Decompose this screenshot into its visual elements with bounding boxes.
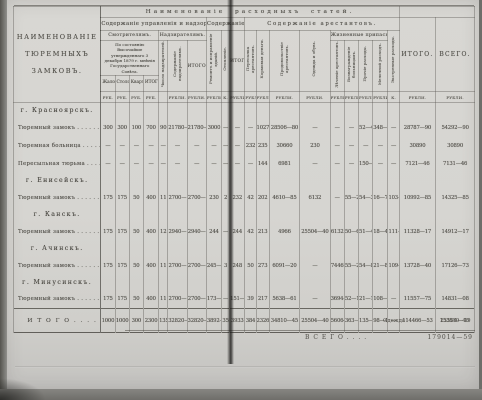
subgroup-medical: Жизненные припасы. bbox=[330, 31, 388, 41]
cell bbox=[269, 241, 299, 257]
cell: 175 bbox=[115, 189, 129, 207]
row-label: г. Канскъ. bbox=[14, 207, 101, 223]
cell bbox=[159, 173, 168, 189]
cell: 2700— bbox=[187, 189, 206, 207]
unit-label: РУБЛИ. bbox=[168, 92, 187, 103]
cell bbox=[373, 275, 388, 291]
cell: 245—33 bbox=[206, 257, 221, 275]
subgroup-wardens: Смотрителямъ. bbox=[101, 31, 159, 41]
cell: 2700— bbox=[168, 257, 187, 275]
unit-label: РУБ. bbox=[115, 92, 129, 103]
expenses-table: НАИМЕНОВАНІЕ ТЮРЕМНЫХЪ ЗАМКОВЪ. Наименов… bbox=[13, 6, 475, 333]
cell: 50 bbox=[129, 257, 143, 275]
cell bbox=[115, 241, 129, 257]
cell bbox=[187, 275, 206, 291]
cell bbox=[101, 103, 115, 119]
cell: 54—30 bbox=[359, 189, 373, 207]
column-hospitals-label: Вознагражденіе больницамъ. bbox=[347, 41, 357, 90]
cell: 11 bbox=[159, 189, 168, 207]
cell: 1027 bbox=[256, 119, 269, 137]
unit-label: РУБ. bbox=[129, 92, 143, 103]
cell: 400 bbox=[143, 189, 158, 207]
cell bbox=[300, 207, 330, 223]
city-row: г. Канскъ. bbox=[14, 207, 475, 223]
cell: 18—40 bbox=[373, 223, 388, 241]
column-provisions-label: Продовольствіе арестантовъ. bbox=[280, 33, 290, 85]
cell: — bbox=[115, 155, 129, 173]
cell: 55—20 bbox=[344, 189, 358, 207]
group-administration: Содержаніе управленія и надзора. bbox=[101, 18, 207, 31]
cell bbox=[436, 241, 475, 257]
scan-edge-left bbox=[0, 0, 7, 400]
column-food-money: Кормовыя деньги. bbox=[256, 31, 269, 92]
row-label: Тюремный замокъ . . . . . . . . . bbox=[14, 223, 101, 241]
cell bbox=[245, 207, 256, 223]
cell bbox=[143, 207, 158, 223]
cell bbox=[399, 207, 436, 223]
cell bbox=[187, 241, 206, 257]
cell: 109—46 bbox=[388, 257, 399, 275]
cell: 175 bbox=[101, 257, 115, 275]
cell: — bbox=[115, 137, 129, 155]
cell: 52—40 bbox=[359, 119, 373, 137]
cell bbox=[359, 173, 373, 189]
cell bbox=[373, 103, 388, 119]
cell bbox=[359, 207, 373, 223]
cell bbox=[206, 103, 221, 119]
prisons-name-line1: НАИМЕНОВАНІЕ ТЮРЕМНЫХЪ bbox=[14, 29, 100, 63]
cell: 14831—08 bbox=[436, 291, 475, 309]
cell bbox=[168, 173, 187, 189]
unit-label bbox=[159, 92, 168, 103]
cell bbox=[388, 275, 399, 291]
cell bbox=[129, 275, 143, 291]
group-prisoners: Содержаніе арестантовъ. bbox=[245, 18, 399, 31]
cell: 5638—61 bbox=[269, 291, 299, 309]
cell: 400 bbox=[143, 257, 158, 275]
cell: 21780— bbox=[187, 119, 206, 137]
cell: — bbox=[129, 155, 143, 173]
cell: 3892—66 bbox=[206, 309, 221, 333]
cell: 30890 bbox=[436, 137, 475, 155]
prisons-name-header: НАИМЕНОВАНІЕ ТЮРЕМНЫХЪ ЗАМКОВЪ. bbox=[14, 7, 101, 103]
cell: — bbox=[373, 155, 388, 173]
cell: — bbox=[330, 155, 344, 173]
cell: 363—8 bbox=[344, 309, 358, 333]
cell: 42 bbox=[245, 189, 256, 207]
cell bbox=[143, 241, 158, 257]
column-transfer-label: Пересылка арестантовъ. bbox=[246, 33, 256, 85]
cell: 39 bbox=[245, 291, 256, 309]
cell: 202 bbox=[256, 189, 269, 207]
cell: — bbox=[300, 119, 330, 137]
cell: 230 bbox=[300, 137, 330, 155]
cell: 21780— bbox=[168, 119, 187, 137]
cell bbox=[359, 241, 373, 257]
unit-label: РУБЛИ. bbox=[187, 92, 206, 103]
page-gutter-shadow bbox=[227, 0, 234, 364]
cell: 28506—80 bbox=[269, 119, 299, 137]
cell bbox=[399, 173, 436, 189]
cell bbox=[436, 173, 475, 189]
cell bbox=[256, 207, 269, 223]
data-row: Тюремный замокъ . . . . . . . . .1751755… bbox=[14, 257, 475, 275]
cell bbox=[187, 103, 206, 119]
row-label: г. Ачинскъ. bbox=[14, 241, 101, 257]
column-other-medical: Прочіе расходы. bbox=[359, 41, 373, 92]
cell: 50 bbox=[245, 257, 256, 275]
column-repair-label: Ремонтъ и исправленіе зданій. bbox=[209, 33, 219, 85]
unit-label: РУБЛИ. bbox=[269, 92, 299, 103]
cell: 6132 bbox=[330, 223, 344, 241]
cell: — bbox=[245, 155, 256, 173]
cell bbox=[159, 207, 168, 223]
cell bbox=[143, 103, 158, 119]
unit-label: РУБЛИ. bbox=[245, 92, 256, 103]
cell bbox=[206, 241, 221, 257]
cell: — bbox=[373, 137, 388, 155]
cell: — bbox=[101, 137, 115, 155]
unit-label: РУБЛИ. bbox=[206, 92, 221, 103]
cell: 14912—17 bbox=[436, 223, 475, 241]
cell: 2940— bbox=[168, 223, 187, 241]
grand-total-value: 179014—59 bbox=[427, 334, 473, 341]
cell bbox=[436, 207, 475, 223]
cell: 2326 bbox=[256, 309, 269, 333]
cell: 150—46 bbox=[359, 155, 373, 173]
cell: 13728—40 bbox=[399, 257, 436, 275]
cell: — bbox=[168, 155, 187, 173]
cell bbox=[115, 207, 129, 223]
cell: 54—80 bbox=[359, 257, 373, 275]
cell: — bbox=[300, 257, 330, 275]
column-overseers-pay-label: Содержаніе надзирателямъ. bbox=[173, 41, 183, 90]
cell: 4966 bbox=[269, 223, 299, 241]
cell bbox=[115, 275, 129, 291]
cell: 32820— bbox=[168, 309, 187, 333]
cell: 42 bbox=[245, 223, 256, 241]
column-clothing: Одежда и обувь. bbox=[300, 31, 330, 92]
cell: — bbox=[245, 119, 256, 137]
scan-edge-bottom bbox=[0, 389, 482, 400]
cell: 50 bbox=[129, 291, 143, 309]
cell bbox=[399, 241, 436, 257]
cell: 300 bbox=[101, 119, 115, 137]
cell bbox=[159, 275, 168, 291]
cell: 25504—40 bbox=[300, 223, 330, 241]
column-vsego: ВСЕГО. bbox=[436, 18, 475, 92]
cell: — bbox=[388, 155, 399, 173]
unit-label: РУБ. bbox=[143, 92, 158, 103]
clothing-note-value: 25504—40 bbox=[440, 318, 469, 324]
cell: 21—15 bbox=[359, 291, 373, 309]
cell bbox=[330, 103, 344, 119]
column-extraordinary-label: Экстренные расходы. bbox=[391, 36, 396, 83]
cell: 52—10 bbox=[344, 291, 358, 309]
cell: 3000 bbox=[206, 119, 221, 137]
cell: 230 bbox=[206, 189, 221, 207]
city-row: г. Ачинскъ. bbox=[14, 241, 475, 257]
cell: 51—42 bbox=[359, 223, 373, 241]
cell bbox=[245, 241, 256, 257]
data-row: Тюремная больница . . . . . . . .———————… bbox=[14, 137, 475, 155]
cell: 348—70 bbox=[373, 119, 388, 137]
cell: 135 bbox=[159, 309, 168, 333]
cell bbox=[269, 103, 299, 119]
cell bbox=[187, 173, 206, 189]
cell: 300 bbox=[115, 119, 129, 137]
cell: 175 bbox=[101, 223, 115, 241]
cell bbox=[330, 241, 344, 257]
row-label: И Т О Г О . . . . bbox=[14, 309, 101, 333]
grand-total-line: В С Е Г О . . . . 179014—59 bbox=[305, 334, 473, 341]
column-extraordinary: Экстренные расходы. bbox=[388, 31, 399, 92]
cell bbox=[256, 173, 269, 189]
row-label: Тюремный замокъ . . . . . . . . . bbox=[14, 257, 101, 275]
cell: 7446 bbox=[330, 257, 344, 275]
clothing-note-label: Одежда bbox=[383, 318, 405, 324]
cell bbox=[330, 207, 344, 223]
cell: 10992—85 bbox=[399, 189, 436, 207]
cell bbox=[373, 207, 388, 223]
cell: 56064—43 bbox=[330, 309, 344, 333]
cell: 103—80 bbox=[388, 189, 399, 207]
cell bbox=[206, 275, 221, 291]
cell: 6132 bbox=[300, 189, 330, 207]
unit-label: РУБ. bbox=[101, 92, 115, 103]
cell bbox=[168, 103, 187, 119]
cell: 54292—90 bbox=[436, 119, 475, 137]
cell: — bbox=[330, 119, 344, 137]
cell bbox=[143, 173, 158, 189]
cell bbox=[436, 103, 475, 119]
column-petty-label: Мелочной расходъ. bbox=[378, 43, 383, 85]
data-row: Пересыльная тюрьма . . . . . . .————————… bbox=[14, 155, 475, 173]
cell: 1000 bbox=[101, 309, 115, 333]
cell: 175 bbox=[101, 189, 115, 207]
cell: — bbox=[129, 137, 143, 155]
cell bbox=[344, 103, 358, 119]
cell bbox=[388, 173, 399, 189]
cell: — bbox=[300, 291, 330, 309]
cell bbox=[256, 241, 269, 257]
cell bbox=[115, 103, 129, 119]
cell: — bbox=[187, 137, 206, 155]
cell bbox=[101, 241, 115, 257]
data-row: Тюремный замокъ . . . . . . . . .1751755… bbox=[14, 189, 475, 207]
cell bbox=[129, 207, 143, 223]
cell bbox=[245, 103, 256, 119]
cell: 2700— bbox=[168, 189, 187, 207]
cell: — bbox=[359, 137, 373, 155]
cell: — bbox=[206, 155, 221, 173]
column-wardens-itogo: ИТОГО bbox=[143, 76, 158, 92]
cell: 217 bbox=[256, 291, 269, 309]
cell: 11557—75 bbox=[399, 291, 436, 309]
cell: 111—78 bbox=[388, 223, 399, 241]
subgroup-overseers: Надзирателямъ. bbox=[159, 31, 207, 41]
statute-note: По состоянію Высочайше утвержденнаго 3 д… bbox=[101, 41, 159, 76]
cell bbox=[168, 207, 187, 223]
data-row: Тюремный замокъ . . . . . . . . .3003001… bbox=[14, 119, 475, 137]
unit-label: РУБЛИ. bbox=[359, 92, 373, 103]
cell: 175 bbox=[115, 257, 129, 275]
row-label: г. Красноярскъ. bbox=[14, 103, 101, 119]
cell: — bbox=[187, 155, 206, 173]
city-row: г. Красноярскъ. bbox=[14, 103, 475, 119]
cell: 11328—17 bbox=[399, 223, 436, 241]
cell bbox=[143, 275, 158, 291]
unit-label: РУБЛИ. bbox=[256, 92, 269, 103]
cell bbox=[330, 173, 344, 189]
cell bbox=[245, 173, 256, 189]
column-salary: Жалованье bbox=[101, 76, 115, 92]
cell bbox=[373, 173, 388, 189]
cell bbox=[388, 241, 399, 257]
cell bbox=[206, 207, 221, 223]
data-row: Тюремный замокъ . . . . . . . . .1751755… bbox=[14, 223, 475, 241]
cell: — bbox=[168, 137, 187, 155]
cell: 7131—46 bbox=[436, 155, 475, 173]
cell bbox=[269, 275, 299, 291]
clothing-note: Одежда 25504—40 bbox=[383, 318, 469, 324]
header-spacer bbox=[399, 7, 474, 18]
column-treatment-label: Лѣченіе арестантовъ. bbox=[335, 41, 340, 88]
row-label: Тюремный замокъ . . . . . . . . . bbox=[14, 291, 101, 309]
cell bbox=[187, 207, 206, 223]
column-clothing-label: Одежда и обувь. bbox=[312, 41, 317, 77]
column-transfer: Пересылка арестантовъ. bbox=[245, 31, 256, 92]
unit-label: РУБЛИ. bbox=[436, 92, 475, 103]
column-overseers-count: Число надзирателей. bbox=[159, 41, 168, 92]
row-label: г. Минусинскъ. bbox=[14, 275, 101, 291]
cell bbox=[206, 173, 221, 189]
unit-label: РУБЛИ. bbox=[373, 92, 388, 103]
cell: 30660 bbox=[269, 137, 299, 155]
row-label: Тюремная больница . . . . . . . . bbox=[14, 137, 101, 155]
cell: — bbox=[344, 119, 358, 137]
cell bbox=[129, 103, 143, 119]
cell: 21—80 bbox=[373, 257, 388, 275]
cell: 50 bbox=[129, 189, 143, 207]
cell bbox=[256, 103, 269, 119]
cell bbox=[256, 275, 269, 291]
cell: 32820— bbox=[187, 309, 206, 333]
cell: 11 bbox=[159, 257, 168, 275]
cell: 50 bbox=[129, 223, 143, 241]
cell bbox=[399, 103, 436, 119]
cell bbox=[300, 241, 330, 257]
cell bbox=[168, 275, 187, 291]
cell: 273 bbox=[256, 257, 269, 275]
cell: 2700— bbox=[168, 291, 187, 309]
cell bbox=[300, 103, 330, 119]
cell: 232 bbox=[245, 137, 256, 155]
cell: 11 bbox=[159, 291, 168, 309]
cell: 2940— bbox=[187, 223, 206, 241]
cell: 7121—46 bbox=[399, 155, 436, 173]
scanned-ledger-page: НАИМЕНОВАНІЕ ТЮРЕМНЫХЪ ЗАМКОВЪ. Наименов… bbox=[0, 0, 482, 400]
cell: 175 bbox=[101, 291, 115, 309]
cell: 384 bbox=[245, 309, 256, 333]
cell bbox=[159, 103, 168, 119]
cell: 6091—20 bbox=[269, 257, 299, 275]
cell: 1000 bbox=[115, 309, 129, 333]
cell: 16—70 bbox=[373, 189, 388, 207]
cell: 175 bbox=[115, 223, 129, 241]
cell bbox=[330, 275, 344, 291]
row-label: Пересыльная тюрьма . . . . . . . bbox=[14, 155, 101, 173]
cell: 300 bbox=[129, 309, 143, 333]
column-overseers-itogo: ИТОГО. bbox=[187, 41, 206, 92]
cell: — bbox=[388, 291, 399, 309]
cell bbox=[101, 275, 115, 291]
unit-label: К. bbox=[388, 92, 399, 103]
cell bbox=[129, 241, 143, 257]
data-row: Тюремный замокъ . . . . . . . . .1751755… bbox=[14, 291, 475, 309]
cell: 50—60 bbox=[344, 223, 358, 241]
column-food-money-label: Кормовыя деньги. bbox=[260, 39, 265, 78]
column-table-money: Столовыхъ bbox=[115, 76, 129, 92]
cell bbox=[269, 173, 299, 189]
cell: 2700— bbox=[187, 257, 206, 275]
prisons-name-line2: ЗАМКОВЪ. bbox=[14, 63, 100, 80]
cell: 173—53 bbox=[206, 291, 221, 309]
cell: 34810—45 bbox=[269, 309, 299, 333]
column-overseers-pay: Содержаніе надзирателямъ. bbox=[168, 41, 187, 92]
cell: — bbox=[101, 155, 115, 173]
cell: 400 bbox=[143, 223, 158, 241]
group-buildings: Содержаніе зданій. bbox=[206, 18, 245, 31]
cell bbox=[344, 275, 358, 291]
expense-items-title: Наименованіе расходныхъ статей. bbox=[101, 7, 399, 18]
cell: 2700— bbox=[187, 291, 206, 309]
cell bbox=[359, 275, 373, 291]
city-row: г. Енисейскъ. bbox=[14, 173, 475, 189]
cell: 14325—85 bbox=[436, 189, 475, 207]
cell: — bbox=[330, 137, 344, 155]
cell: — bbox=[159, 155, 168, 173]
cell bbox=[101, 173, 115, 189]
cell: — bbox=[388, 137, 399, 155]
grand-total-label: В С Е Г О . . . . bbox=[305, 334, 367, 341]
cell: — bbox=[159, 137, 168, 155]
cell bbox=[129, 173, 143, 189]
cell: 12 bbox=[159, 223, 168, 241]
cell: 244 bbox=[206, 223, 221, 241]
cell: 175 bbox=[115, 291, 129, 309]
cell: 3694—46 bbox=[330, 291, 344, 309]
cell: 108—80 bbox=[373, 291, 388, 309]
column-repair: Ремонтъ и исправленіе зданій. bbox=[206, 31, 221, 92]
cell: — bbox=[344, 155, 358, 173]
cell bbox=[269, 207, 299, 223]
column-other-medical-label: Прочіе расходы. bbox=[363, 46, 368, 82]
footer-rule bbox=[125, 330, 475, 331]
cell: — bbox=[388, 119, 399, 137]
cell bbox=[436, 275, 475, 291]
cell: — bbox=[143, 155, 158, 173]
column-provisions: Продовольствіе арестантовъ. bbox=[269, 31, 299, 92]
cell bbox=[388, 103, 399, 119]
cell bbox=[159, 241, 168, 257]
cell bbox=[344, 173, 358, 189]
cell bbox=[245, 275, 256, 291]
cell: 100 bbox=[129, 119, 143, 137]
cell bbox=[300, 275, 330, 291]
cell: 400 bbox=[143, 291, 158, 309]
cell: 90 bbox=[159, 119, 168, 137]
